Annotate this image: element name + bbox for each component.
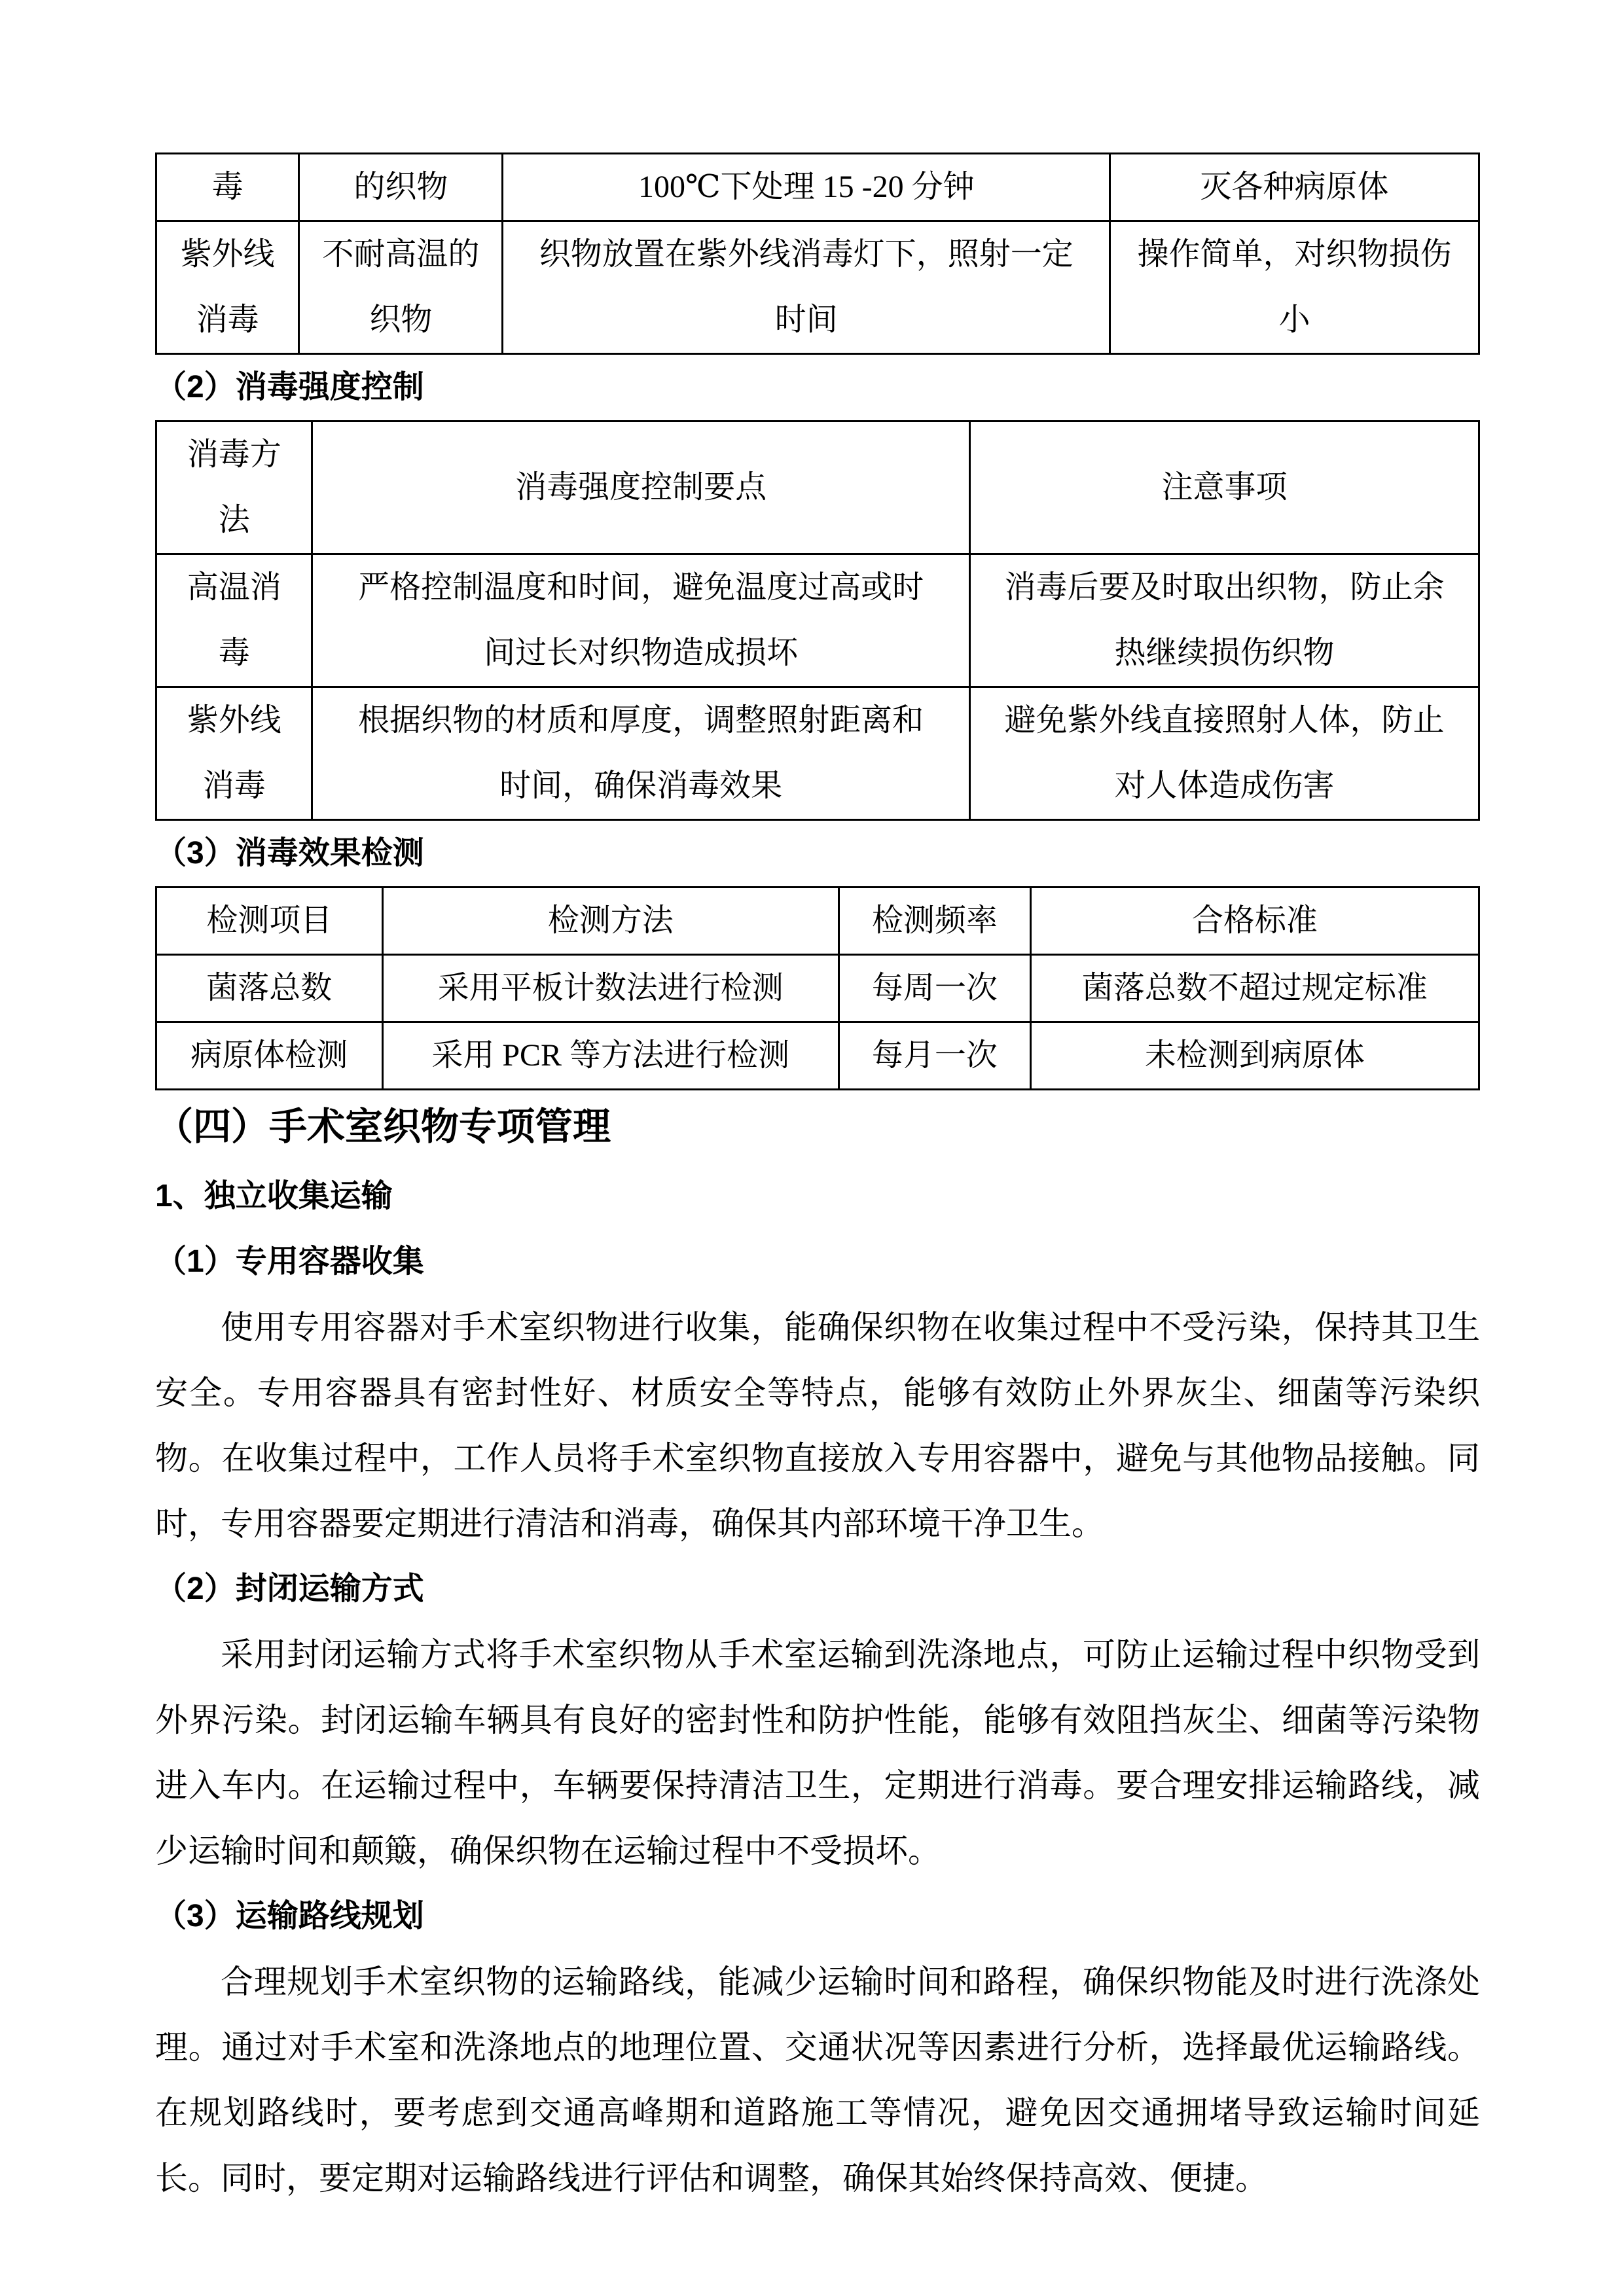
table-row: 紫外线 消毒根据织物的材质和厚度，调整照射距离和 时间，确保消毒效果避免紫外线直… xyxy=(156,687,1479,820)
heading-section-4: （四）手术室织物专项管理 xyxy=(155,1090,1480,1164)
table-cell: 100℃下处理 15 -20 分钟 xyxy=(503,154,1110,221)
paragraph-dedicated-container: 使用专用容器对手术室织物进行收集，能确保织物在收集过程中不受污染，保持其卫生安全… xyxy=(155,1295,1480,1556)
table-cell: 消毒后要及时取出织物，防止余 热继续损伤织物 xyxy=(969,554,1479,687)
table-intensity-control: 消毒方 法消毒强度控制要点注意事项高温消 毒严格控制温度和时间，避免温度过高或时… xyxy=(155,420,1480,821)
table-cell: 严格控制温度和时间，避免温度过高或时 间过长对织物造成损坏 xyxy=(312,554,969,687)
table-cell: 菌落总数不超过规定标准 xyxy=(1030,955,1479,1022)
table-cell: 菌落总数 xyxy=(156,955,383,1022)
header-cell: 检测项目 xyxy=(156,888,383,955)
table-row: 菌落总数采用平板计数法进行检测每周一次菌落总数不超过规定标准 xyxy=(156,955,1479,1022)
heading-effect-test: （3）消毒效果检测 xyxy=(155,821,1480,886)
heading-item-2: （2）封闭运输方式 xyxy=(155,1556,1480,1622)
table-cell: 操作简单，对织物损伤 小 xyxy=(1110,221,1479,354)
table-cell: 未检测到病原体 xyxy=(1030,1022,1479,1090)
table-header-row: 检测项目检测方法检测频率合格标准 xyxy=(156,888,1479,955)
table-cell: 每月一次 xyxy=(839,1022,1030,1090)
document-page: 毒的织物100℃下处理 15 -20 分钟灭各种病原体紫外线 消毒不耐高温的 织… xyxy=(0,0,1624,2296)
table-cell: 不耐高温的 织物 xyxy=(299,221,503,354)
table-cell: 灭各种病原体 xyxy=(1110,154,1479,221)
table-row: 病原体检测采用 PCR 等方法进行检测每月一次未检测到病原体 xyxy=(156,1022,1479,1090)
table-cell: 采用 PCR 等方法进行检测 xyxy=(382,1022,839,1090)
table-cell: 织物放置在紫外线消毒灯下，照射一定 时间 xyxy=(503,221,1110,354)
table-cell: 避免紫外线直接照射人体，防止 对人体造成伤害 xyxy=(969,687,1479,820)
table-cell: 紫外线 消毒 xyxy=(156,221,299,354)
paragraph-route-planning: 合理规划手术室织物的运输路线，能减少运输时间和路程，确保织物能及时进行洗涤处理。… xyxy=(155,1949,1480,2211)
heading-item-3: （3）运输路线规划 xyxy=(155,1884,1480,1949)
table-header-row: 消毒方 法消毒强度控制要点注意事项 xyxy=(156,422,1479,554)
heading-intensity-control: （2）消毒强度控制 xyxy=(155,355,1480,420)
table-cell: 的织物 xyxy=(299,154,503,221)
table-row: 紫外线 消毒不耐高温的 织物织物放置在紫外线消毒灯下，照射一定 时间操作简单，对… xyxy=(156,221,1479,354)
table-cell: 采用平板计数法进行检测 xyxy=(382,955,839,1022)
header-cell: 消毒强度控制要点 xyxy=(312,422,969,554)
table-cell: 紫外线 消毒 xyxy=(156,687,312,820)
header-cell: 合格标准 xyxy=(1030,888,1479,955)
table-row: 高温消 毒严格控制温度和时间，避免温度过高或时 间过长对织物造成损坏消毒后要及时… xyxy=(156,554,1479,687)
table-row: 毒的织物100℃下处理 15 -20 分钟灭各种病原体 xyxy=(156,154,1479,221)
header-cell: 注意事项 xyxy=(969,422,1479,554)
header-cell: 检测方法 xyxy=(382,888,839,955)
header-cell: 检测频率 xyxy=(839,888,1030,955)
heading-item-1: （1）专用容器收集 xyxy=(155,1229,1480,1295)
table-cell: 病原体检测 xyxy=(156,1022,383,1090)
heading-sub-1: 1、独立收集运输 xyxy=(155,1164,1480,1229)
paragraph-closed-transport: 采用封闭运输方式将手术室织物从手术室运输到洗涤地点，可防止运输过程中织物受到外界… xyxy=(155,1622,1480,1884)
table-cell: 根据织物的材质和厚度，调整照射距离和 时间，确保消毒效果 xyxy=(312,687,969,820)
table-cell: 高温消 毒 xyxy=(156,554,312,687)
table-disinfection-methods-continued: 毒的织物100℃下处理 15 -20 分钟灭各种病原体紫外线 消毒不耐高温的 织… xyxy=(155,152,1480,355)
table-effect-test: 检测项目检测方法检测频率合格标准菌落总数采用平板计数法进行检测每周一次菌落总数不… xyxy=(155,886,1480,1090)
header-cell: 消毒方 法 xyxy=(156,422,312,554)
table-cell: 毒 xyxy=(156,154,299,221)
table-cell: 每周一次 xyxy=(839,955,1030,1022)
